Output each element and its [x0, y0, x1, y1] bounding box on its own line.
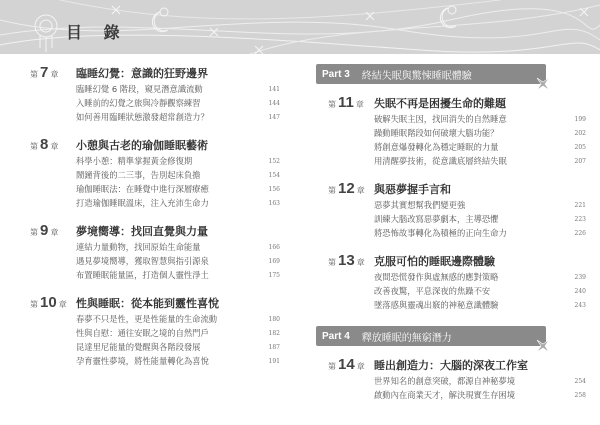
toc-entry[interactable]: 春夢不只是性，更是性能量的生命流動180: [30, 312, 280, 326]
toc-entry[interactable]: 布置睡眠能量區，打造個人靈性淨土175: [30, 268, 280, 282]
toc-right-column: Part 3 終結失眠與驚悚睡眠體驗 第11章 失眠不再是困擾生命的難題 破解失…: [328, 64, 586, 414]
chapter-number: 第12章: [328, 180, 374, 197]
chapter-title[interactable]: 臨睡幻覺：意識的狂野邊界: [76, 65, 208, 81]
toc-entry[interactable]: 夜間恐慌發作與虛無感的應對策略239: [328, 270, 586, 284]
chapter-number: 第10章: [30, 294, 76, 311]
toc-entry[interactable]: 臨睡幻覺 6 階段，窺見潛意識流動141: [30, 82, 280, 96]
chapter-title[interactable]: 克服可怕的睡眠邊際體驗: [374, 253, 495, 269]
chapter-9: 第9章 夢境嚮導：找回直覺與力量 連結力量動物，找回原始生命能量166 遇見夢境…: [30, 222, 280, 282]
toc-entry[interactable]: 將創意爆發轉化為穩定睡眠的力量205: [328, 140, 586, 154]
chapter-number: 第11章: [328, 94, 374, 111]
dreamcatcher-icon: [35, 15, 57, 52]
chapter-number: 第13章: [328, 252, 374, 269]
star-icon: [112, 6, 588, 54]
chapter-title[interactable]: 夢境嚮導：找回直覺與力量: [76, 223, 208, 239]
toc-entry[interactable]: 惡夢其實想幫我們變更強221: [328, 198, 586, 212]
chapter-title[interactable]: 性與睡眠：從本能到靈性喜悅: [76, 295, 219, 311]
toc-entry[interactable]: 世界知名的創意突破，都源自神秘夢境254: [328, 374, 586, 388]
chapter-title[interactable]: 失眠不再是困擾生命的難題: [374, 95, 506, 111]
toc-entry[interactable]: 性與自慰：通往安眠之境的自然門戶182: [30, 326, 280, 340]
toc-entry[interactable]: 打造瑜伽睡眠溫床，注入充沛生命力163: [30, 196, 280, 210]
star-icon: [536, 339, 550, 353]
toc-entry[interactable]: 遇見夢境嚮導，獲取智慧與指引源泉169: [30, 254, 280, 268]
toc-entry[interactable]: 昆達里尼能量的覺醒與各階段發展187: [30, 340, 280, 354]
toc-left-column: 第7章 臨睡幻覺：意識的狂野邊界 臨睡幻覺 6 階段，窺見潛意識流動141 入睡…: [30, 64, 280, 380]
toc-entry[interactable]: 瑜伽睡眠法：在睡覺中進行深層療癒156: [30, 182, 280, 196]
chapter-12: 第12章 與惡夢握手言和 惡夢其實想幫我們變更強221 訓練大腦改寫惡夢劇本，主…: [328, 180, 586, 240]
chapter-number: 第14章: [328, 356, 374, 373]
toc-entry[interactable]: 科學小憩：精準掌握黃金修復期152: [30, 154, 280, 168]
toc-entry[interactable]: 將恐怖故事轉化為積極的正向生命力226: [328, 226, 586, 240]
toc-entry[interactable]: 鬧鐘背後的二三事，告別起床負擔154: [30, 168, 280, 182]
toc-entry[interactable]: 啟動內在商業天才，解決現實生存困境258: [328, 388, 586, 402]
part-4-banner[interactable]: Part 4 釋放睡眠的無窮潛力: [316, 326, 546, 346]
chapter-title[interactable]: 小憩與古老的瑜伽睡眠藝術: [76, 137, 208, 153]
chapter-14: 第14章 睡出創造力：大腦的深夜工作室 世界知名的創意突破，都源自神秘夢境254…: [328, 356, 586, 402]
chapter-8: 第8章 小憩與古老的瑜伽睡眠藝術 科學小憩：精準掌握黃金修復期152 鬧鐘背後的…: [30, 136, 280, 210]
chapter-number: 第9章: [30, 222, 76, 239]
chapter-10: 第10章 性與睡眠：從本能到靈性喜悅 春夢不只是性，更是性能量的生命流動180 …: [30, 294, 280, 368]
toc-entry[interactable]: 連結力量動物，找回原始生命能量166: [30, 240, 280, 254]
chapter-13: 第13章 克服可怕的睡眠邊際體驗 夜間恐慌發作與虛無感的應對策略239 改善夜驚…: [328, 252, 586, 312]
page-header: 目 錄: [0, 0, 600, 54]
toc-entry[interactable]: 訓練大腦改寫惡夢劇本，主導恐懼223: [328, 212, 586, 226]
part-3-banner[interactable]: Part 3 終結失眠與驚悚睡眠體驗: [316, 64, 546, 84]
toc-entry[interactable]: 用清醒夢技術，從意識底層終結失眠207: [328, 154, 586, 168]
toc-entry[interactable]: 墜落感與靈魂出竅的神秘意識體驗243: [328, 298, 586, 312]
toc-entry[interactable]: 孕育靈性夢境，將性能量轉化為喜悅191: [30, 354, 280, 368]
toc-entry[interactable]: 破解失眠主因，找回消失的自然睡意199: [328, 112, 586, 126]
toc-entry[interactable]: 如何善用臨睡狀態激發超常創造力？147: [30, 110, 280, 124]
toc-entry[interactable]: 躁動睡眠階段如何破壞大腦功能？202: [328, 126, 586, 140]
chapter-title[interactable]: 與惡夢握手言和: [374, 181, 451, 197]
chapter-number: 第8章: [30, 136, 76, 153]
toc-entry[interactable]: 入睡前的幻覺之旅與冷靜觀察練習144: [30, 96, 280, 110]
toc-entry[interactable]: 改善夜驚，平息深夜的焦躁不安240: [328, 284, 586, 298]
chapter-11: 第11章 失眠不再是困擾生命的難題 破解失眠主因，找回消失的自然睡意199 躁動…: [328, 94, 586, 168]
chapter-title[interactable]: 睡出創造力：大腦的深夜工作室: [374, 357, 528, 373]
chapter-number: 第7章: [30, 64, 76, 81]
star-icon: [536, 77, 550, 91]
chapter-7: 第7章 臨睡幻覺：意識的狂野邊界 臨睡幻覺 6 階段，窺見潛意識流動141 入睡…: [30, 64, 280, 124]
page-title: 目 錄: [66, 20, 128, 43]
